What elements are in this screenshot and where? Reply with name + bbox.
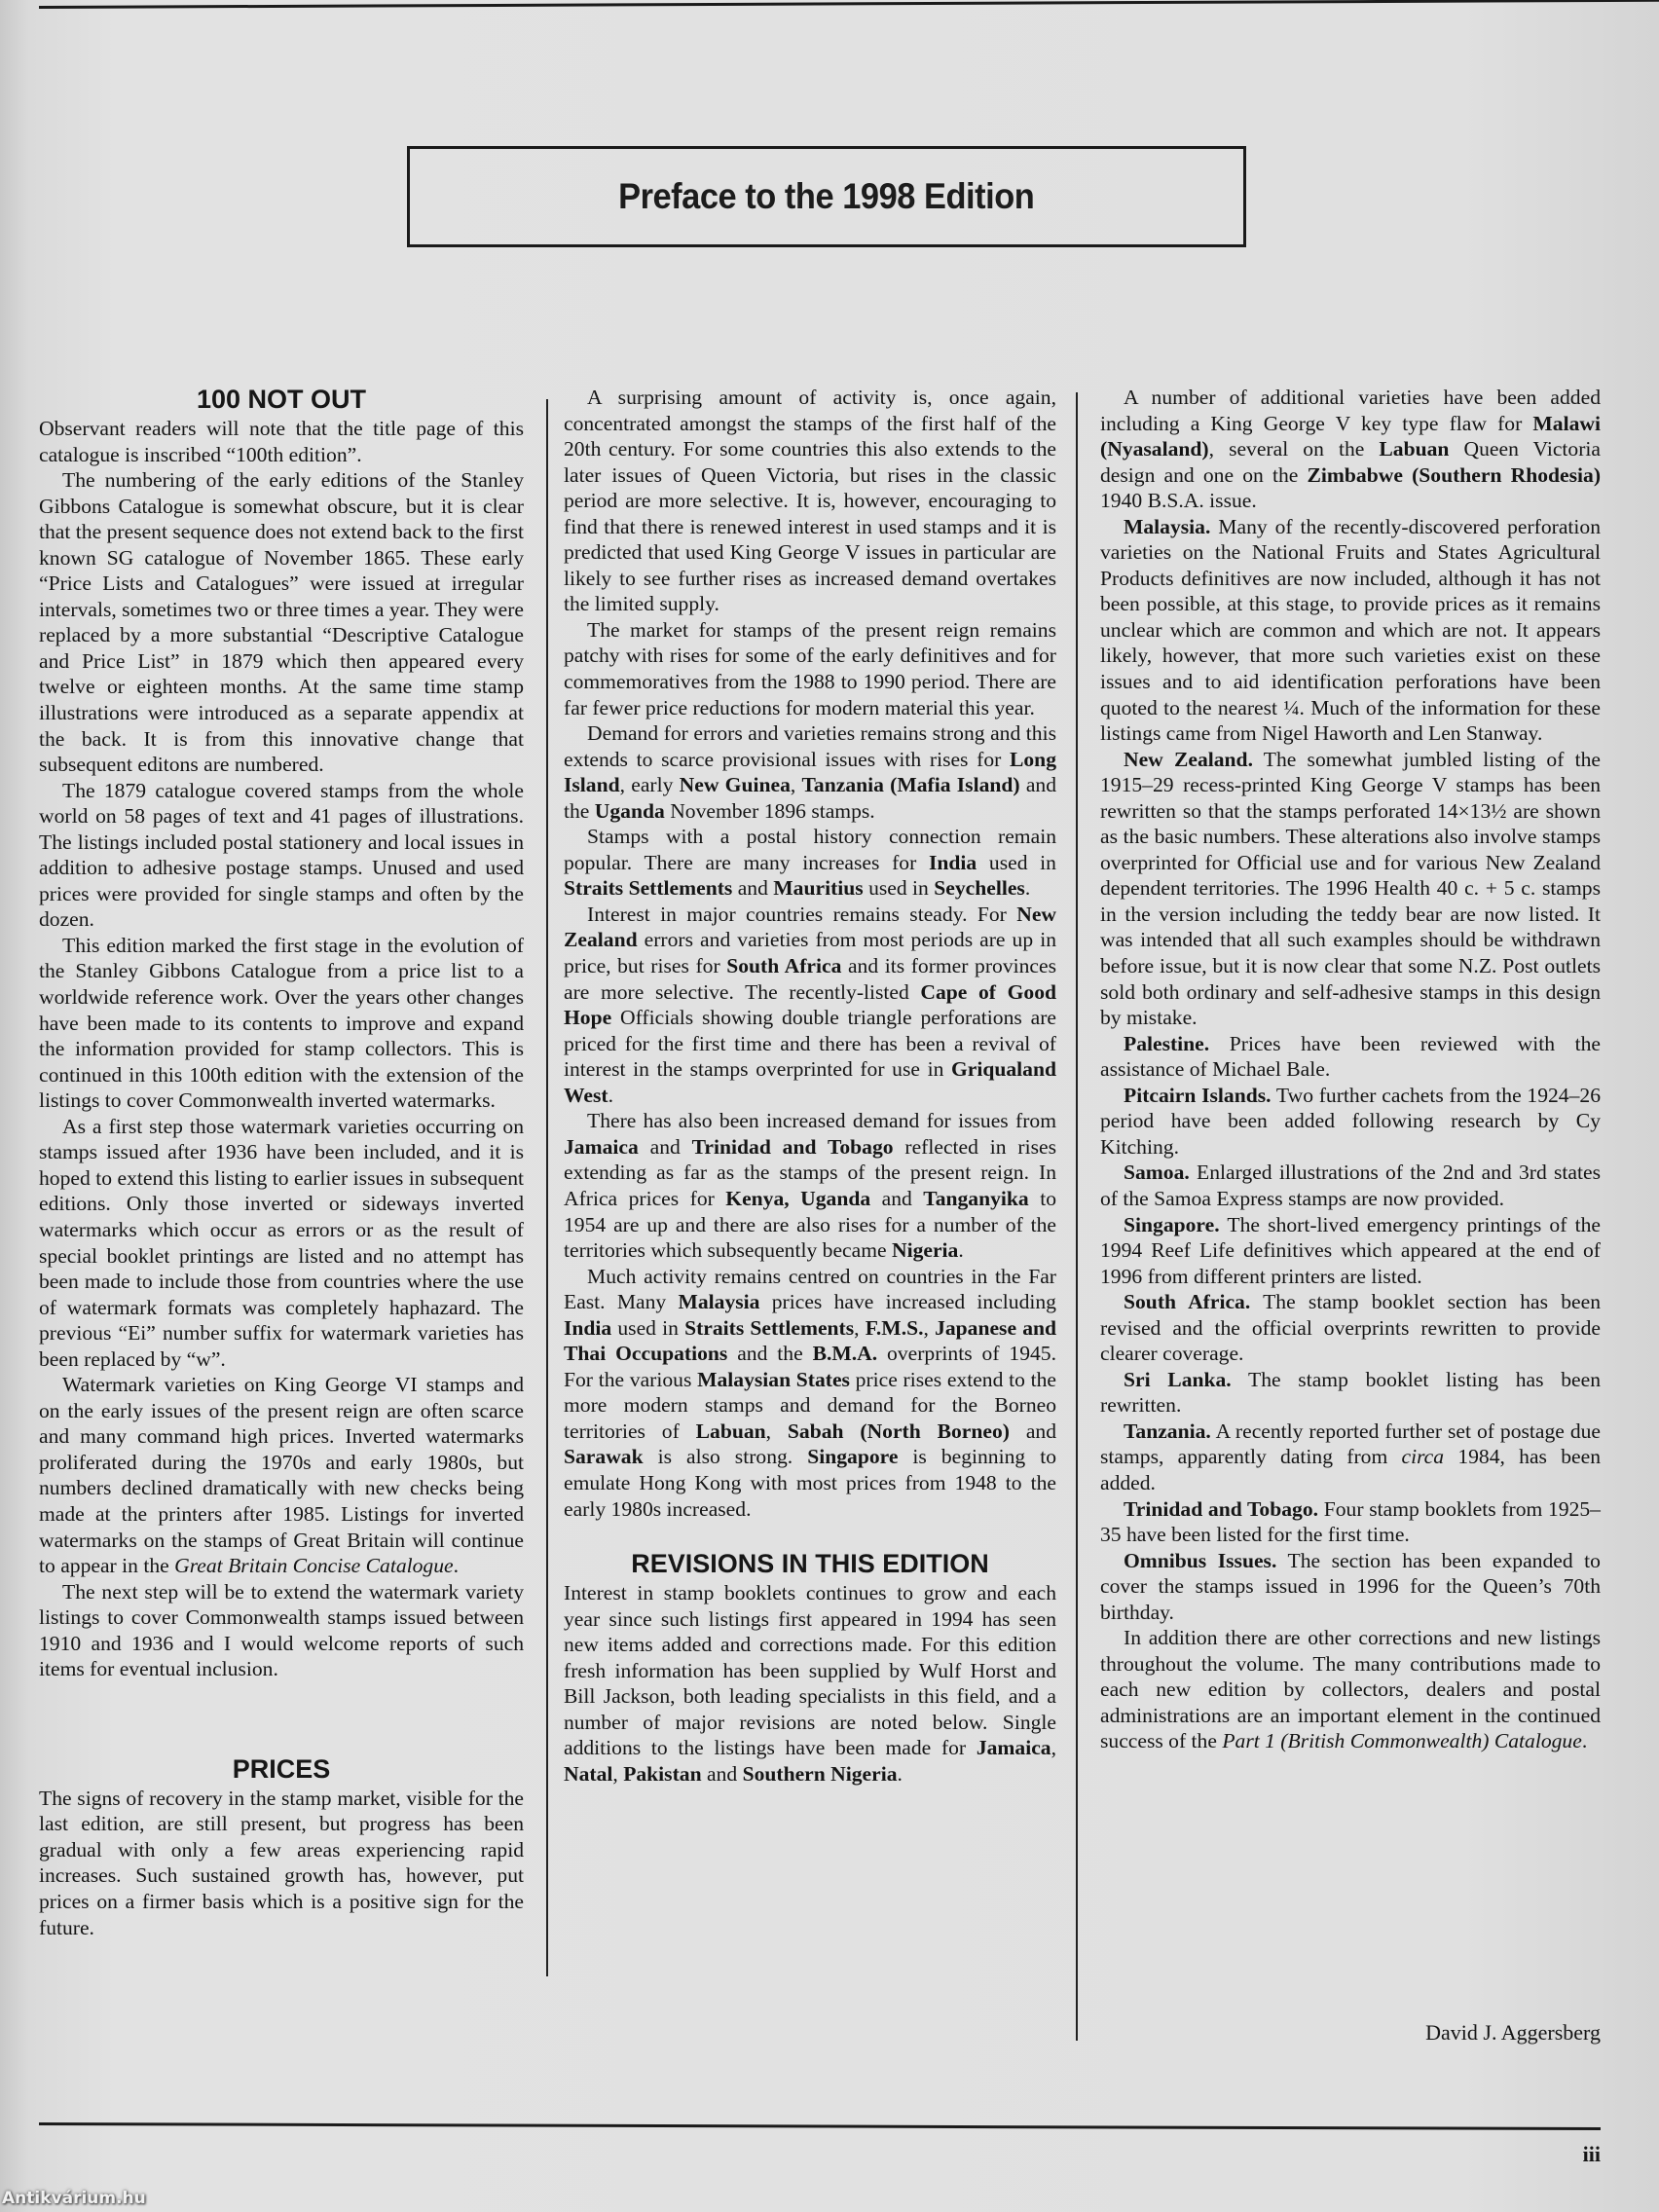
country-name: South Africa.: [1124, 1290, 1250, 1313]
text: .: [1582, 1729, 1587, 1752]
country-name: New Zealand.: [1124, 748, 1253, 771]
country-name: Southern Nigeria: [743, 1762, 898, 1786]
country-name: Pakistan: [623, 1762, 701, 1786]
country-name: F.M.S.: [866, 1316, 924, 1340]
country-name: Tanganyika: [923, 1187, 1028, 1210]
text: used in: [977, 851, 1056, 874]
title-box: Preface to the 1998 Edition: [407, 146, 1246, 247]
paragraph: There has also been increased demand for…: [564, 1108, 1056, 1263]
text: .: [454, 1554, 459, 1577]
top-rule: [39, 0, 1659, 9]
paragraph: The 1879 catalogue covered stamps from t…: [39, 778, 524, 933]
country-name: Trinidad and Tobago.: [1124, 1497, 1318, 1521]
country-name: Straits Settlements: [564, 876, 732, 900]
country-name: Malaysian States: [697, 1368, 850, 1391]
text: , several on the: [1209, 437, 1380, 461]
country-name: Malaysia.: [1124, 515, 1210, 538]
entry-south-africa: South Africa. The stamp booklet section …: [1100, 1289, 1601, 1367]
column-divider: [546, 399, 548, 1976]
italic-word: circa: [1402, 1445, 1445, 1468]
country-name: New Guinea: [680, 773, 791, 796]
entry-new-zealand: New Zealand. The somewhat jumbled listin…: [1100, 747, 1601, 1031]
country-name: Tanzania (Mafia Island): [802, 773, 1020, 796]
author-signature: David J. Aggersberg: [1266, 2020, 1601, 2046]
text: ,: [791, 773, 802, 796]
text: .: [608, 1084, 613, 1107]
country-name: Nigeria: [892, 1238, 958, 1262]
text: and: [870, 1187, 923, 1210]
text: prices have increased including: [759, 1290, 1056, 1313]
paragraph: A surprising amount of activity is, once…: [564, 385, 1056, 617]
text: There has also been increased demand for…: [587, 1109, 1056, 1132]
text: Interest in major countries remains stea…: [587, 903, 1016, 926]
country-name: Samoa.: [1124, 1161, 1190, 1184]
country-name: Labuan: [696, 1419, 766, 1443]
text: and: [639, 1135, 692, 1159]
entry-palestine: Palestine. Prices have been reviewed wit…: [1100, 1031, 1601, 1083]
text: is also strong.: [644, 1445, 808, 1468]
text: used in: [611, 1316, 684, 1340]
country-name: South Africa: [726, 954, 841, 977]
heading-100-not-out: 100 NOT OUT: [39, 383, 524, 416]
text: ,: [612, 1762, 623, 1786]
paragraph: Interest in stamp booklets continues to …: [564, 1580, 1056, 1787]
paragraph: The numbering of the early editions of t…: [39, 467, 524, 778]
text: , early: [620, 773, 680, 796]
text: Interest in stamp booklets continues to …: [564, 1581, 1056, 1759]
entry-tanzania: Tanzania. A recently reported further se…: [1100, 1419, 1601, 1496]
page-number: iii: [1538, 2142, 1601, 2167]
heading-prices: PRICES: [39, 1752, 524, 1786]
country-name: Omnibus Issues.: [1124, 1549, 1276, 1572]
paragraph: Stamps with a postal history connection …: [564, 824, 1056, 902]
text: ,: [1051, 1736, 1056, 1759]
italic-title: Part 1 (British Commonwealth) Catalogue: [1222, 1729, 1582, 1752]
heading-revisions: REVISIONS IN THIS EDITION: [564, 1547, 1056, 1580]
text: ,: [766, 1419, 788, 1443]
paragraph: Watermark varieties on King George VI st…: [39, 1372, 524, 1578]
text: and: [1010, 1419, 1056, 1443]
country-name: Kenya, Uganda: [725, 1187, 870, 1210]
text: Watermark varieties on King George VI st…: [39, 1373, 524, 1577]
paragraph: Demand for errors and varieties remains …: [564, 720, 1056, 824]
text: November 1896 stamps.: [665, 799, 875, 823]
paragraph: The market for stamps of the present rei…: [564, 617, 1056, 720]
text: ,: [854, 1316, 866, 1340]
text: Many of the recently-discovered perforat…: [1100, 515, 1601, 745]
paragraph: Interest in major countries remains stea…: [564, 902, 1056, 1108]
entry-sri-lanka: Sri Lanka. The stamp booklet listing has…: [1100, 1367, 1601, 1419]
paragraph: Much activity remains centred on countri…: [564, 1264, 1056, 1522]
column-divider: [1076, 392, 1078, 2041]
text: .: [958, 1238, 963, 1262]
entry-trinidad-and-tobago: Trinidad and Tobago. Four stamp booklets…: [1100, 1496, 1601, 1548]
country-name: Palestine.: [1124, 1032, 1209, 1055]
country-name: Jamaica: [564, 1135, 639, 1159]
country-name: Labuan: [1379, 437, 1449, 461]
paragraph: The signs of recovery in the stamp marke…: [39, 1786, 524, 1940]
watermark-logo: Antikvárium.hu: [2, 2189, 146, 2208]
entry-pitcairn-islands: Pitcairn Islands. Two further cachets fr…: [1100, 1083, 1601, 1161]
text: The somewhat jumbled listing of the 1915…: [1100, 748, 1601, 1029]
country-name: Natal: [564, 1762, 612, 1786]
text: and: [732, 876, 773, 900]
italic-title: Great Britain Concise Catalogue: [174, 1554, 454, 1577]
entry-samoa: Samoa. Enlarged illustrations of the 2nd…: [1100, 1160, 1601, 1211]
country-name: Sarawak: [564, 1445, 644, 1468]
column-left: 100 NOT OUT Observant readers will note …: [39, 383, 524, 1940]
country-name: Malaysia: [679, 1290, 760, 1313]
bottom-rule: [39, 2122, 1601, 2130]
text: used in: [864, 876, 935, 900]
country-name: Jamaica: [977, 1736, 1051, 1759]
text: 1940 B.S.A. issue.: [1100, 489, 1257, 512]
country-name: Trinidad and Tobago: [692, 1135, 894, 1159]
text: Demand for errors and varieties remains …: [564, 721, 1056, 771]
entry-singapore: Singapore. The short-lived emergency pri…: [1100, 1212, 1601, 1290]
text: ,: [924, 1316, 936, 1340]
text: .: [1025, 876, 1030, 900]
country-name: Seychelles: [934, 876, 1025, 900]
page-title: Preface to the 1998 Edition: [618, 176, 1034, 217]
text: A number of additional varieties have be…: [1100, 386, 1601, 435]
paragraph: As a first step those watermark varietie…: [39, 1114, 524, 1372]
country-name: Singapore.: [1124, 1213, 1220, 1236]
paragraph: The next step will be to extend the wate…: [39, 1579, 524, 1682]
column-middle: A surprising amount of activity is, once…: [564, 385, 1056, 1787]
country-name: India: [929, 851, 977, 874]
paragraph: This edition marked the first stage in t…: [39, 933, 524, 1114]
country-name: Straits Settlements: [684, 1316, 854, 1340]
text: .: [898, 1762, 903, 1786]
country-name: Tanzania.: [1124, 1419, 1211, 1443]
country-name: Sabah (North Borneo): [788, 1419, 1010, 1443]
country-name: Mauritius: [773, 876, 863, 900]
entry-omnibus-issues: Omnibus Issues. The section has been exp…: [1100, 1548, 1601, 1626]
paragraph-closing: In addition there are other corrections …: [1100, 1625, 1601, 1754]
country-name: Sri Lanka.: [1124, 1368, 1232, 1391]
paragraph: Observant readers will note that the tit…: [39, 416, 524, 467]
country-name: Singapore: [807, 1445, 898, 1468]
column-right: A number of additional varieties have be…: [1100, 385, 1601, 1754]
country-name: Zimbabwe (Southern Rhodesia): [1308, 463, 1601, 487]
entry-malaysia: Malaysia. Many of the recently-discovere…: [1100, 514, 1601, 747]
paragraph: A number of additional varieties have be…: [1100, 385, 1601, 514]
country-name: India: [564, 1316, 611, 1340]
country-name: Pitcairn Islands.: [1124, 1084, 1272, 1107]
text: and the: [727, 1342, 812, 1365]
text: and: [702, 1762, 743, 1786]
country-name: B.M.A.: [813, 1342, 878, 1365]
country-name: Uganda: [595, 799, 665, 823]
